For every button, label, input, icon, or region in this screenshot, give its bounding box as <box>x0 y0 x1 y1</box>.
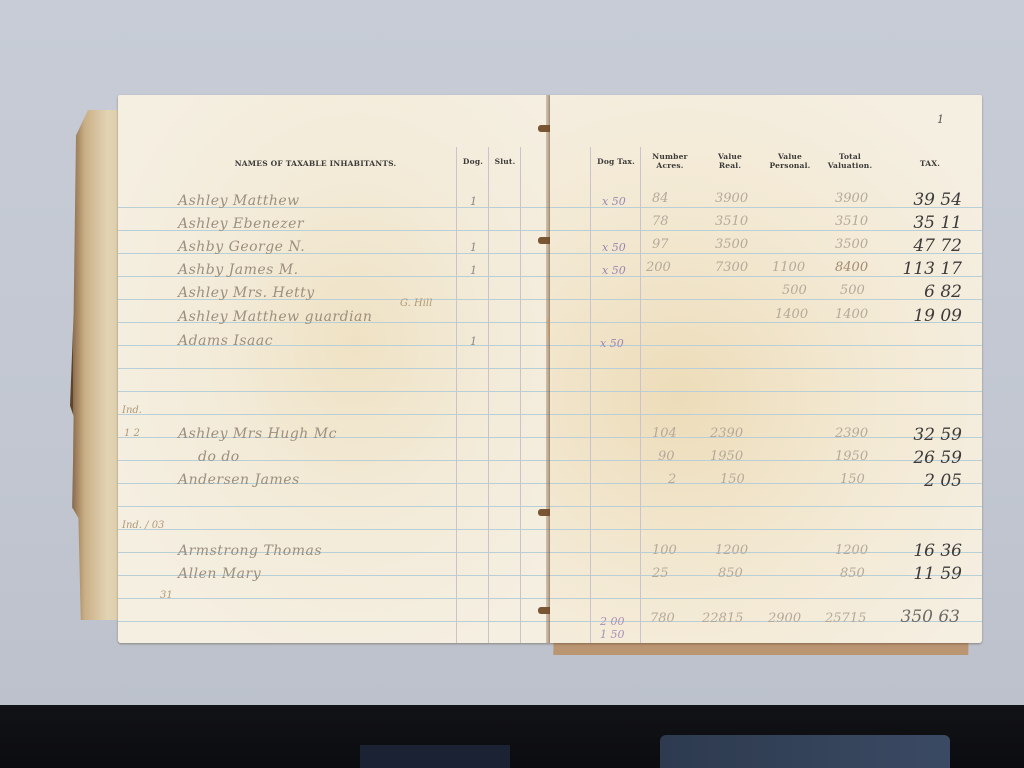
acres-value: 78 <box>652 214 669 229</box>
left-page: NAMES OF TAXABLE INHABITANTS. Dog. Slut.… <box>118 95 550 643</box>
tax-amount: 47 72 <box>890 236 962 256</box>
entry-name: Ashley Ebenezer <box>178 216 304 232</box>
acres-value: 97 <box>652 237 669 252</box>
tax-amount: 113 17 <box>890 259 962 279</box>
total-dog-tax: 2 00 <box>600 615 625 628</box>
total-valuation: 3510 <box>835 214 868 229</box>
tax-amount: 11 59 <box>890 564 962 584</box>
tax-amount: 16 36 <box>890 541 962 561</box>
column-divider <box>488 147 489 643</box>
total-valuation: 1400 <box>835 307 868 322</box>
right-page: 1 Dog Tax. Number Acres. Value Real. Val… <box>550 95 982 643</box>
column-divider <box>590 147 591 643</box>
total-valuation: 1950 <box>835 449 868 464</box>
total-valuation: 150 <box>840 472 865 487</box>
header-value-real: Value Real. <box>705 152 755 170</box>
acres-value: 2 <box>668 472 676 487</box>
page-number: 1 <box>937 113 944 126</box>
entry-name: Adams Isaac <box>178 333 273 349</box>
value-real: 1200 <box>715 543 748 558</box>
fabric <box>660 735 950 768</box>
total-valuation: 8400 <box>835 260 868 275</box>
acres-value: 25 <box>652 566 669 581</box>
header-value-personal: Value Personal. <box>760 152 820 170</box>
entry-name: Andersen James <box>178 472 300 488</box>
total-valuation: 500 <box>840 283 865 298</box>
value-real: 2390 <box>710 426 743 441</box>
acres-value: 84 <box>652 191 669 206</box>
total-valuation: 2390 <box>835 426 868 441</box>
header-tax: TAX. <box>905 159 955 168</box>
margin-note: 31 <box>160 590 173 601</box>
total-tax: 350 63 <box>888 607 960 627</box>
total-dog-tax-sub: 1 50 <box>600 628 625 641</box>
total-value-real: 22815 <box>702 611 743 626</box>
tax-amount: 39 54 <box>890 190 962 210</box>
value-personal: 1400 <box>775 307 808 322</box>
acres-value: 90 <box>658 449 675 464</box>
value-real: 3510 <box>715 214 748 229</box>
entry-name: Ashley Mrs. Hetty <box>178 285 315 301</box>
column-divider <box>456 147 457 643</box>
header-number-acres: Number Acres. <box>645 152 695 170</box>
dog-tax-value: x 50 <box>600 337 624 350</box>
entry-annotation: G. Hill <box>400 298 432 309</box>
total-value-personal: 2900 <box>768 611 801 626</box>
fabric-shadow <box>360 745 510 768</box>
margin-note: Ind. <box>122 405 142 416</box>
dog-count: 1 <box>470 264 477 277</box>
header-names: NAMES OF TAXABLE INHABITANTS. <box>228 159 403 168</box>
acres-value: 200 <box>646 260 671 275</box>
floor-background <box>0 705 1024 768</box>
entry-name: Ashley Mrs Hugh Mc <box>178 426 337 442</box>
total-valuation: 3900 <box>835 191 868 206</box>
tax-amount: 26 59 <box>890 448 962 468</box>
dog-tax-value: x 50 <box>602 264 626 277</box>
tax-amount: 35 11 <box>890 213 962 233</box>
entry-name: Ashby George N. <box>178 239 305 255</box>
total-valuation: 1200 <box>835 543 868 558</box>
dog-count: 1 <box>470 241 477 254</box>
dog-tax-value: x 50 <box>602 195 626 208</box>
value-real: 3500 <box>715 237 748 252</box>
total-valuation: 850 <box>840 566 865 581</box>
entry-name: Armstrong Thomas <box>178 543 322 559</box>
total-valuation: 3500 <box>835 237 868 252</box>
column-divider <box>640 147 641 643</box>
ledger-book: NAMES OF TAXABLE INHABITANTS. Dog. Slut.… <box>70 95 985 660</box>
entry-name: Ashley Matthew guardian <box>178 309 372 325</box>
entry-name: do do <box>198 449 240 465</box>
tax-amount: 6 82 <box>890 282 962 302</box>
entry-name: Ashley Matthew <box>178 193 300 209</box>
value-real: 150 <box>720 472 745 487</box>
value-personal: 500 <box>782 283 807 298</box>
value-real: 7300 <box>715 260 748 275</box>
value-real: 3900 <box>715 191 748 206</box>
column-divider <box>520 147 521 643</box>
entry-name: Ashby James M. <box>178 262 299 278</box>
dog-tax-value: x 50 <box>602 241 626 254</box>
tax-amount: 32 59 <box>890 425 962 445</box>
value-personal: 1100 <box>772 260 805 275</box>
tax-amount: 19 09 <box>890 306 962 326</box>
margin-note: Ind. / 03 <box>122 520 164 531</box>
tax-amount: 2 05 <box>890 471 962 491</box>
total-valuation-sum: 25715 <box>825 611 866 626</box>
total-acres: 780 <box>650 611 675 626</box>
header-dog: Dog. <box>458 157 488 166</box>
margin-note: 1 2 <box>124 428 140 439</box>
dog-count: 1 <box>470 335 477 348</box>
acres-value: 104 <box>652 426 677 441</box>
header-dog-tax: Dog Tax. <box>590 157 642 166</box>
acres-value: 100 <box>652 543 677 558</box>
entry-name: Allen Mary <box>178 566 261 582</box>
dog-count: 1 <box>470 195 477 208</box>
header-total-valuation: Total Valuation. <box>820 152 880 170</box>
header-slut: Slut. <box>490 157 520 166</box>
value-real: 1950 <box>710 449 743 464</box>
value-real: 850 <box>718 566 743 581</box>
